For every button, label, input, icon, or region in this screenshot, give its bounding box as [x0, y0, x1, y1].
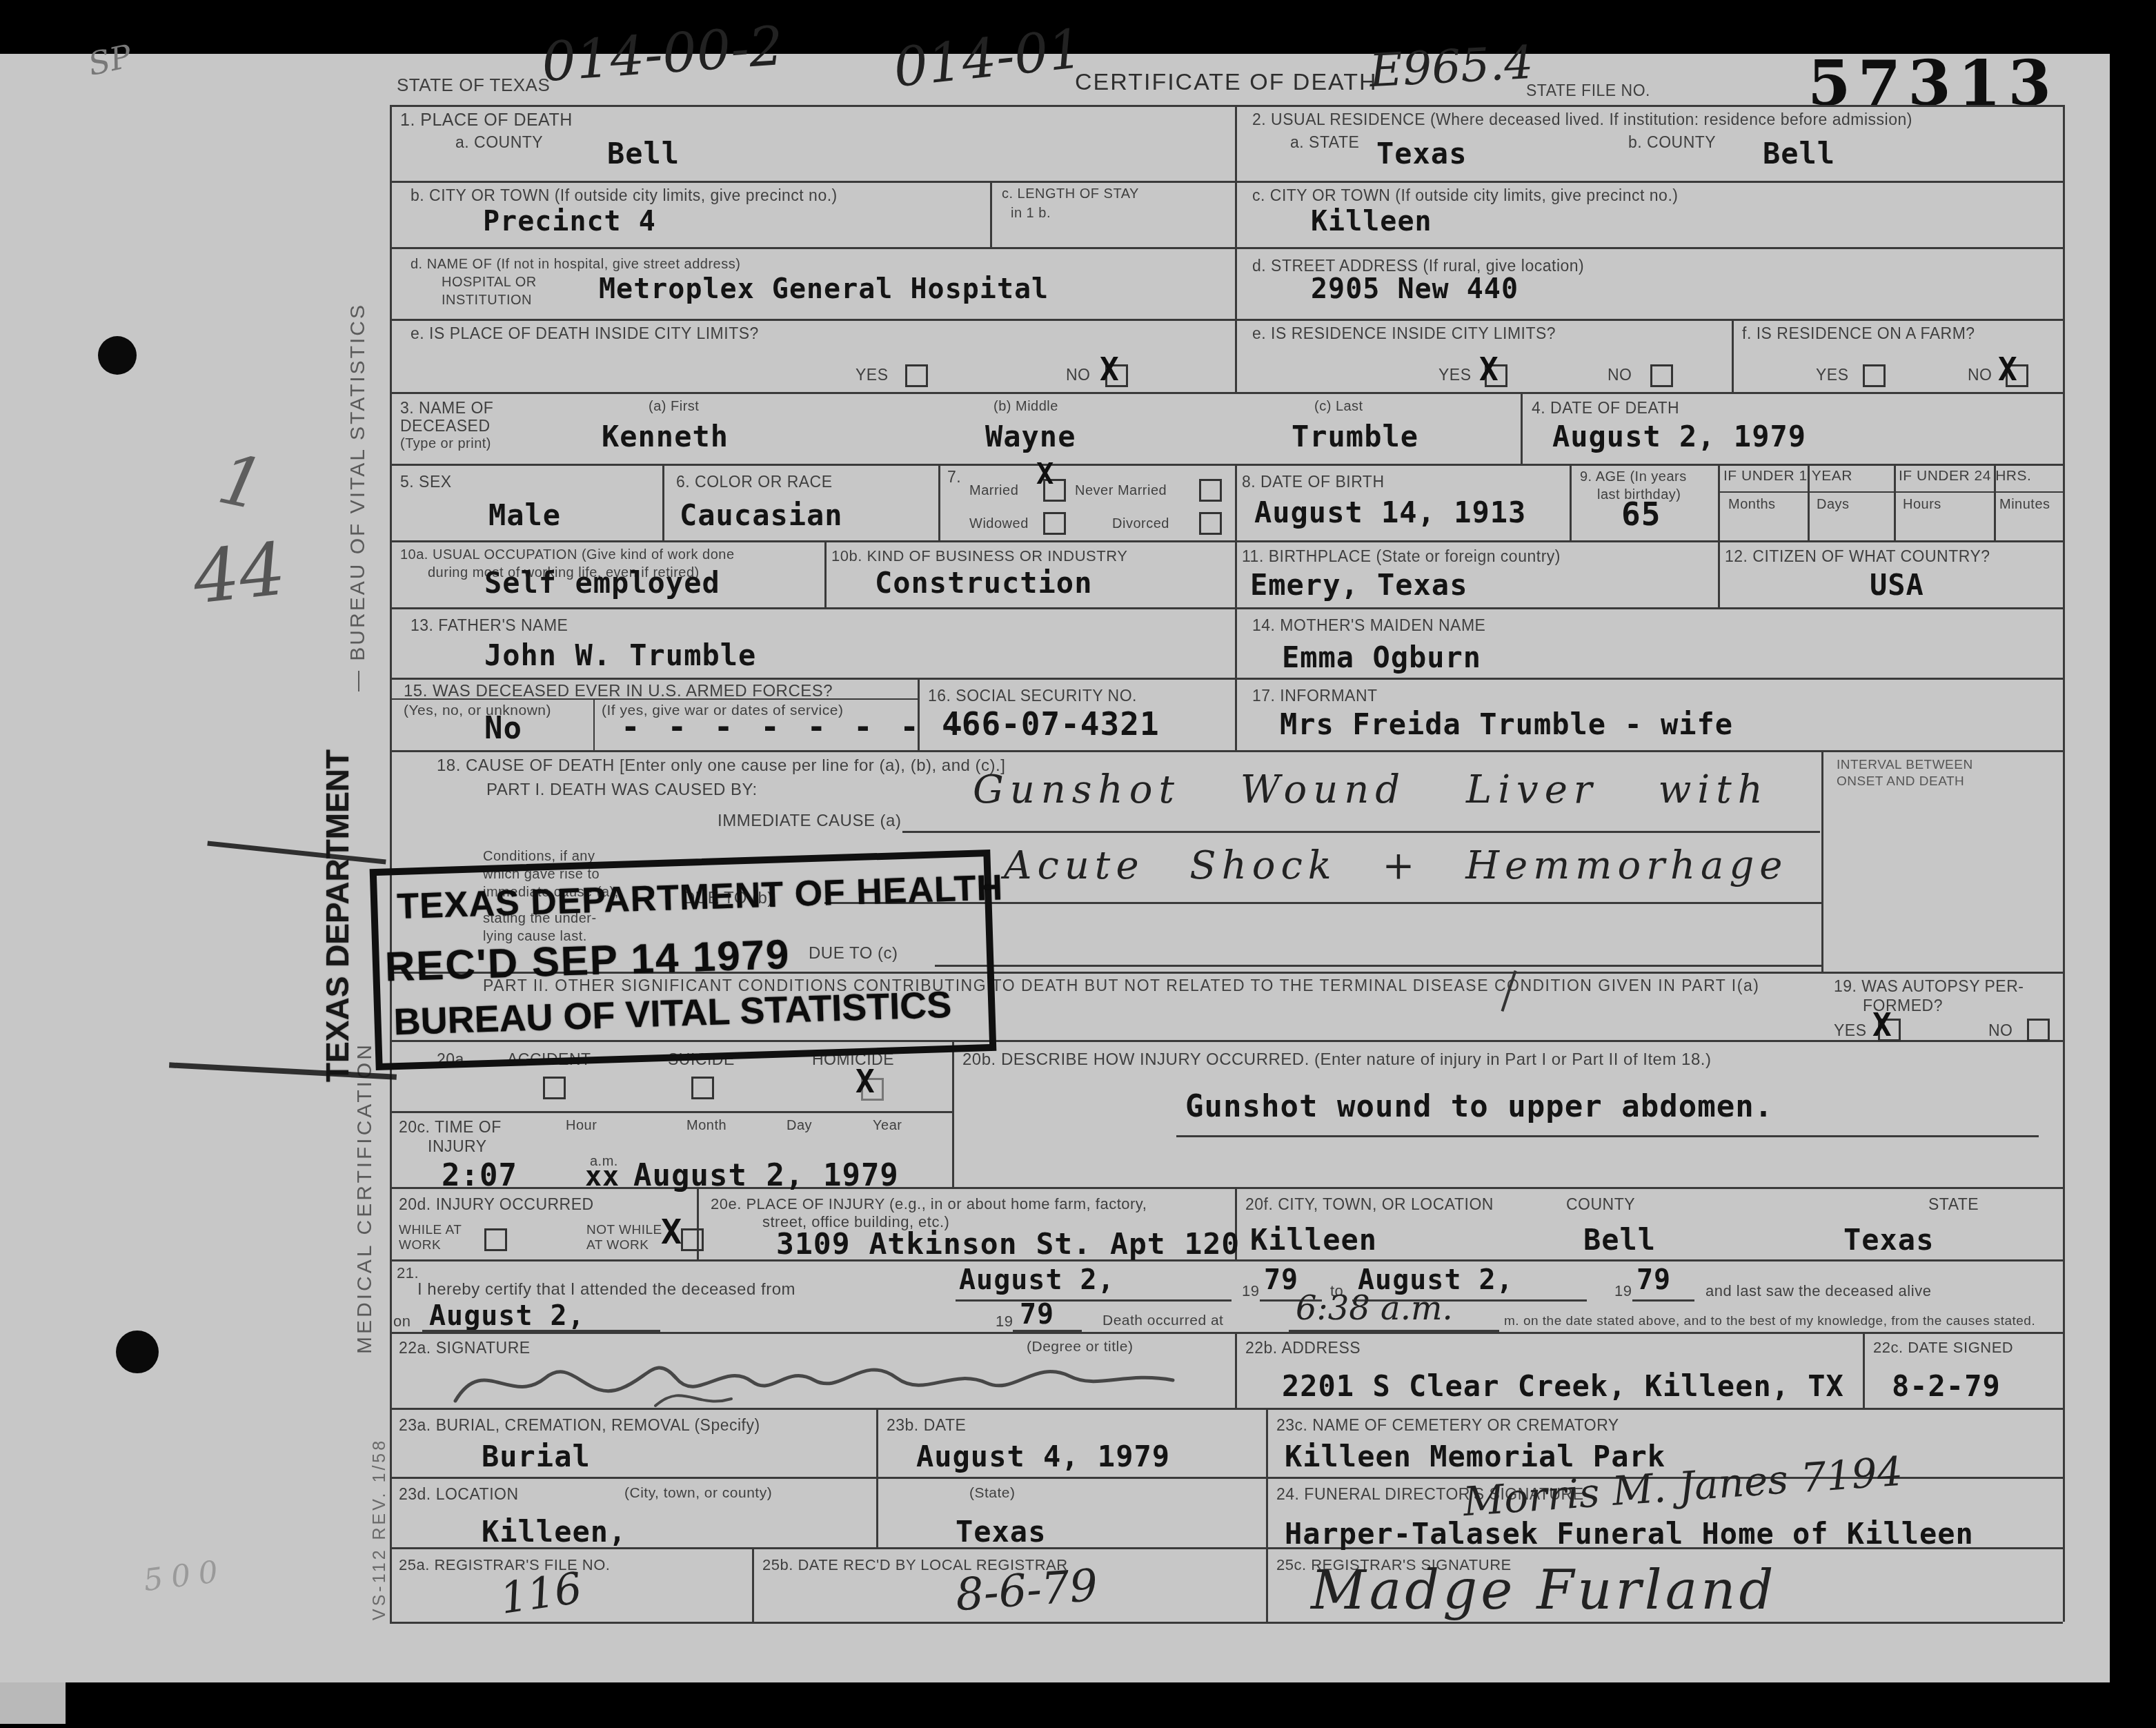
while-at-work-label1: WHILE AT [399, 1223, 462, 1238]
state-of-texas-label: STATE OF TEXAS [397, 75, 550, 96]
last-saw-text: and last saw the deceased alive [1705, 1282, 1931, 1300]
hospital-name-label2: HOSPITAL OR [442, 275, 537, 291]
divider [1863, 1332, 1865, 1408]
residence-city-value: Killeen [1311, 206, 1432, 237]
divider [876, 1408, 878, 1547]
hospital-name-label: d. NAME OF (If not in hospital, give str… [411, 257, 740, 273]
checkbox-suicide [691, 1077, 714, 1099]
paper-corner [0, 1682, 66, 1724]
date-of-birth-value: August 14, 1913 [1254, 495, 1526, 529]
date-of-death-label: 4. DATE OF DEATH [1532, 399, 1679, 418]
burial-value: Burial [482, 1440, 591, 1473]
date-of-death-value: August 2, 1979 [1552, 420, 1806, 453]
divider [390, 392, 2063, 394]
divider [1235, 1332, 1237, 1408]
item-21-label: 21. [397, 1264, 419, 1282]
residence-city-label: c. CITY OR TOWN (If outside city limits,… [1252, 186, 1678, 205]
armed-forces-sub1: (Yes, no, or unknown) [404, 703, 551, 719]
usual-occupation-value: Self employed [484, 566, 720, 600]
no-label: NO [1608, 366, 1632, 384]
checkbox-accident [543, 1077, 566, 1099]
certify-text: I hereby certify that I attended the dec… [417, 1280, 795, 1299]
divider [390, 540, 2063, 542]
mothers-maiden-name-value: Emma Ogburn [1282, 640, 1481, 674]
divorced-label: Divorced [1112, 516, 1169, 532]
divider [390, 319, 2063, 321]
date-of-birth-label: 8. DATE OF BIRTH [1242, 473, 1385, 491]
minutes-label: Minutes [1999, 497, 2050, 513]
burial-date-label: 23b. DATE [887, 1416, 966, 1435]
year-label: Year [873, 1118, 902, 1134]
stamp-line3: BUREAU OF VITAL STATISTICS [393, 983, 953, 1043]
divider [662, 464, 664, 540]
city-or-town-label: b. CITY OR TOWN (If outside city limits,… [411, 186, 838, 205]
while-at-work-label2: WORK [399, 1238, 441, 1253]
city-or-town-value: Precinct 4 [483, 206, 656, 237]
hole-punch-icon [116, 1331, 159, 1373]
death-inside-city-limits-label: e. IS PLACE OF DEATH INSIDE CITY LIMITS? [411, 324, 759, 343]
place-of-injury-value: 3109 Atkinson St. Apt 120 [776, 1227, 1240, 1261]
length-of-stay-label2: in 1 b. [1011, 206, 1051, 222]
attended-to-year: 79 [1636, 1264, 1671, 1296]
immediate-cause-value: Gunshot Wound Liver with [973, 767, 1769, 812]
yes-label: YES [1834, 1021, 1867, 1040]
attended-from-date: August 2, [959, 1264, 1115, 1296]
divider [990, 181, 992, 247]
entry-line [1176, 1135, 2039, 1137]
divider [1821, 750, 1823, 972]
days-label: Days [1817, 497, 1850, 513]
entry-line [422, 1330, 660, 1332]
last-saw-year: 79 [1020, 1299, 1054, 1331]
married-label: Married [969, 483, 1018, 499]
kind-of-business-label: 10b. KIND OF BUSINESS OR INDUSTRY [831, 547, 1127, 565]
divider [390, 750, 2063, 752]
divider [390, 181, 2063, 183]
sex-value: Male [488, 498, 561, 532]
fathers-name-value: John W. Trumble [484, 638, 756, 672]
marital-status-label: 7. [947, 468, 961, 487]
never-married-label: Never Married [1075, 483, 1167, 499]
widowed-label: Widowed [969, 516, 1029, 532]
autopsy-label1: 19. WAS AUTOPSY PER- [1834, 977, 2024, 996]
handwritten-icd-code: E965.4 [1368, 36, 1534, 97]
fathers-name-label: 13. FATHER'S NAME [411, 616, 568, 635]
state-file-no-label: STATE FILE NO. [1526, 81, 1650, 100]
mothers-maiden-name-label: 14. MOTHER'S MAIDEN NAME [1252, 616, 1485, 635]
stamp-side-fragment: TEXAS DEPARTMENT [319, 749, 356, 1082]
month-label: Month [686, 1118, 726, 1134]
age-value: 65 [1621, 495, 1661, 533]
injury-state-label: STATE [1928, 1195, 1979, 1214]
certify-tail-text: m. on the date stated above, and to the … [1504, 1314, 2035, 1329]
county-label: a. COUNTY [455, 133, 543, 152]
date-recd-value: 8-6-79 [954, 1560, 1100, 1621]
certificate-title: CERTIFICATE OF DEATH [1075, 69, 1378, 96]
divider [390, 607, 2063, 609]
first-name-label: (a) First [649, 399, 699, 415]
cemetery-label: 23c. NAME OF CEMETERY OR CREMATORY [1276, 1416, 1619, 1435]
divider [1235, 105, 1237, 392]
no-label: NO [1968, 366, 1992, 384]
stamp-line2: REC'D SEP 14 1979 [384, 930, 791, 990]
divider [1235, 464, 1237, 750]
divider [390, 247, 2063, 249]
margin-note-44: 44 [189, 527, 290, 620]
burial-date-value: August 4, 1979 [916, 1440, 1170, 1473]
injury-city-label: 20f. CITY, TOWN, OR LOCATION [1245, 1195, 1494, 1214]
residence-county-label: b. COUNTY [1628, 133, 1716, 152]
date-signed-label: 22c. DATE SIGNED [1873, 1339, 2013, 1357]
printed-19: 19 [996, 1313, 1013, 1331]
divider [390, 1111, 952, 1113]
divider [752, 1547, 754, 1622]
divider [1570, 464, 1572, 540]
divider [1266, 1408, 1268, 1622]
injury-occurred-label: 20d. INJURY OCCURRED [399, 1195, 594, 1214]
last-name-label: (c) Last [1314, 399, 1363, 415]
checkbox-while-at-work [484, 1228, 507, 1251]
middle-name-value: Wayne [985, 420, 1076, 453]
checkbox-never-married [1199, 479, 1222, 502]
length-of-stay-label: c. LENGTH OF STAY [1002, 186, 1139, 202]
entry-line [1289, 1330, 1499, 1332]
time-of-injury-label2: INJURY [428, 1137, 487, 1156]
due-to-b-value: Acute Shock + Hemmorhage [1004, 843, 1788, 888]
no-label: NO [1988, 1021, 2013, 1040]
injury-state-value: Texas [1843, 1223, 1934, 1257]
immediate-cause-label: IMMEDIATE CAUSE (a) [718, 812, 901, 831]
birthplace-value: Emery, Texas [1250, 568, 1467, 602]
informant-label: 17. INFORMANT [1252, 687, 1378, 705]
residence-state-value: Texas [1376, 137, 1467, 170]
x-mark: X [1100, 351, 1119, 388]
usual-residence-title: 2. USUAL RESIDENCE (Where deceased lived… [1252, 110, 1912, 129]
if-under-24-hrs-label: IF UNDER 24 HRS. [1899, 468, 2031, 484]
cause-of-death-label: 18. CAUSE OF DEATH [Enter only one cause… [437, 756, 1005, 776]
birthplace-label: 11. BIRTHPLACE (State or foreign country… [1242, 547, 1561, 566]
injury-county-label: COUNTY [1566, 1195, 1635, 1214]
hospital-name-value: Metroplex General Hospital [599, 273, 1049, 305]
type-or-print-label: (Type or print) [400, 436, 491, 452]
x-mark: X [1998, 351, 2017, 388]
x-mark: X [1479, 351, 1499, 388]
months-label: Months [1728, 497, 1776, 513]
sex-label: 5. SEX [400, 473, 452, 491]
armed-forces-label: 15. WAS DECEASED EVER IN U.S. ARMED FORC… [404, 682, 833, 701]
burial-cremation-label: 23a. BURIAL, CREMATION, REMOVAL (Specify… [399, 1416, 760, 1435]
x-mark: X [661, 1212, 682, 1252]
checkbox-not-while-at-work [681, 1228, 704, 1251]
checkbox-death-city-yes [905, 364, 928, 387]
divider [390, 464, 2063, 466]
kind-of-business-value: Construction [875, 566, 1092, 600]
injury-city-value: Killeen [1250, 1223, 1377, 1257]
x-mark: X [1036, 457, 1054, 491]
divider [1521, 392, 1523, 464]
citizen-label: 12. CITIZEN OF WHAT COUNTRY? [1725, 547, 1990, 566]
interval-label2: ONSET AND DEATH [1837, 774, 1964, 789]
yes-label: YES [856, 366, 889, 384]
entry-line [935, 965, 1821, 967]
color-or-race-label: 6. COLOR OR RACE [676, 473, 833, 491]
burial-state-value: Texas [956, 1515, 1046, 1549]
state-sub-label: (State) [969, 1485, 1016, 1502]
place-of-death-title: 1. PLACE OF DEATH [400, 110, 573, 130]
form-border [2063, 105, 2065, 1622]
usual-occupation-label: 10a. USUAL OCCUPATION (Give kind of work… [400, 547, 735, 563]
date-signed-value: 8-2-79 [1892, 1369, 2001, 1403]
checkbox-farm-yes [1863, 364, 1886, 387]
divider [824, 540, 827, 607]
informant-value: Mrs Freida Trumble - wife [1280, 707, 1733, 741]
county-value: Bell [607, 137, 680, 170]
armed-forces-value: No [484, 711, 522, 746]
first-name-value: Kenneth [602, 420, 729, 453]
divider [593, 698, 595, 750]
divider [1718, 464, 1720, 607]
state-file-number: 57313 [1808, 47, 2058, 120]
interval-label1: INTERVAL BETWEEN [1837, 758, 1973, 773]
no-label: NO [1066, 366, 1091, 384]
scanned-death-certificate: SP 1 44 500 — BUREAU OF VITAL STATISTICS… [0, 0, 2156, 1728]
x-mark: X [856, 1063, 875, 1100]
funeral-home-value: Harper-Talasek Funeral Home of Killeen [1285, 1517, 1974, 1551]
not-while-at-work-label1: NOT WHILE [586, 1223, 662, 1238]
divider [1732, 319, 1734, 392]
describe-injury-value: Gunshot wound to upper abdomen. [1185, 1089, 1773, 1124]
physician-address-value: 2201 S Clear Creek, Killeen, TX [1282, 1369, 1844, 1403]
hours-label: Hours [1903, 497, 1941, 513]
if-under-1-year-label: IF UNDER 1 YEAR [1723, 468, 1852, 484]
entry-line [902, 831, 1820, 833]
physician-address-label: 22b. ADDRESS [1245, 1339, 1361, 1357]
checkbox-residence-city-no [1650, 364, 1673, 387]
city-town-county-label: (City, town, or county) [624, 1485, 772, 1502]
not-while-at-work-label2: AT WORK [586, 1238, 649, 1253]
middle-name-label: (b) Middle [993, 399, 1058, 415]
injury-am-crossout: xx [585, 1161, 620, 1192]
attended-from-year: 79 [1264, 1264, 1298, 1296]
last-saw-date: August 2, [429, 1300, 585, 1332]
armed-forces-dashes: - - - - - - - - [621, 708, 969, 745]
printed-19: 19 [1614, 1282, 1632, 1300]
age-label: 9. AGE (In years [1580, 469, 1687, 485]
residence-county-value: Bell [1763, 137, 1835, 170]
entry-line [1632, 1299, 1694, 1302]
hour-label: Hour [566, 1118, 597, 1134]
part1-label: PART I. DEATH WAS CAUSED BY: [486, 780, 758, 800]
residence-city-limits-label: e. IS RESIDENCE INSIDE CITY LIMITS? [1252, 324, 1556, 343]
street-address-value: 2905 New 440 [1311, 273, 1519, 305]
yes-label: YES [1438, 366, 1472, 384]
form-border [390, 105, 392, 1622]
yes-label: YES [1816, 366, 1849, 384]
registrar-signature-value: Madge Furland [1311, 1560, 1777, 1622]
side-label-medical-certification: MEDICAL CERTIFICATION [353, 1042, 377, 1354]
hospital-name-label3: INSTITUTION [442, 293, 532, 308]
entry-line [956, 1299, 1232, 1302]
divider [1894, 464, 1896, 540]
received-stamp: TEXAS DEPARTMENT OF HEALTH REC'D SEP 14 … [370, 850, 997, 1070]
residence-farm-label: f. IS RESIDENCE ON A FARM? [1742, 324, 1975, 343]
name-of-deceased-label2: DECEASED [400, 417, 491, 435]
injury-date-value: August 2, 1979 [633, 1158, 899, 1193]
residence-state-label: a. STATE [1290, 133, 1359, 152]
color-or-race-value: Caucasian [680, 498, 843, 532]
divider [1718, 491, 2063, 493]
ssn-label: 16. SOCIAL SECURITY NO. [928, 687, 1137, 705]
side-label-bureau: — BUREAU OF VITAL STATISTICS [346, 303, 370, 691]
describe-injury-label: 20b. DESCRIBE HOW INJURY OCCURRED. (Ente… [962, 1050, 1711, 1070]
divider [390, 678, 2063, 680]
burial-location-label: 23d. LOCATION [399, 1485, 519, 1504]
divider [390, 1332, 2063, 1334]
death-occurred-label: Death occurred at [1102, 1313, 1223, 1329]
time-of-injury-label1: 20c. TIME OF [399, 1118, 502, 1137]
injury-hour-value: 2:07 [442, 1158, 517, 1193]
day-label: Day [787, 1118, 812, 1134]
burial-city-value: Killeen, [482, 1515, 626, 1549]
form-border [390, 1622, 2063, 1624]
checkbox-widowed [1043, 512, 1066, 535]
citizen-value: USA [1870, 568, 1924, 602]
name-of-deceased-label: 3. NAME OF [400, 399, 493, 418]
hole-punch-icon [98, 336, 137, 375]
form-border [390, 105, 2063, 107]
divider [952, 1040, 954, 1187]
stamp-line1: TEXAS DEPARTMENT OF HEALTH [396, 867, 1004, 927]
last-name-value: Trumble [1292, 420, 1418, 453]
injury-county-value: Bell [1583, 1223, 1656, 1257]
checkbox-divorced [1199, 512, 1222, 535]
divider [938, 464, 940, 540]
checkbox-autopsy-no [2027, 1019, 2050, 1041]
street-address-label: d. STREET ADDRESS (If rural, give locati… [1252, 257, 1584, 275]
on-label: on [393, 1313, 411, 1331]
side-label-form-number: VS-112 REV. 1/58 [370, 1438, 390, 1620]
entry-line [1013, 1330, 1082, 1332]
ssn-value: 466-07-4321 [942, 705, 1160, 743]
physician-signature [448, 1340, 1187, 1416]
death-time-value: 6:38 a.m. [1296, 1289, 1453, 1328]
printed-19: 19 [1242, 1282, 1259, 1300]
x-mark: X [1872, 1006, 1892, 1043]
place-of-injury-label1: 20e. PLACE OF INJURY (e.g., in or about … [711, 1195, 1147, 1213]
